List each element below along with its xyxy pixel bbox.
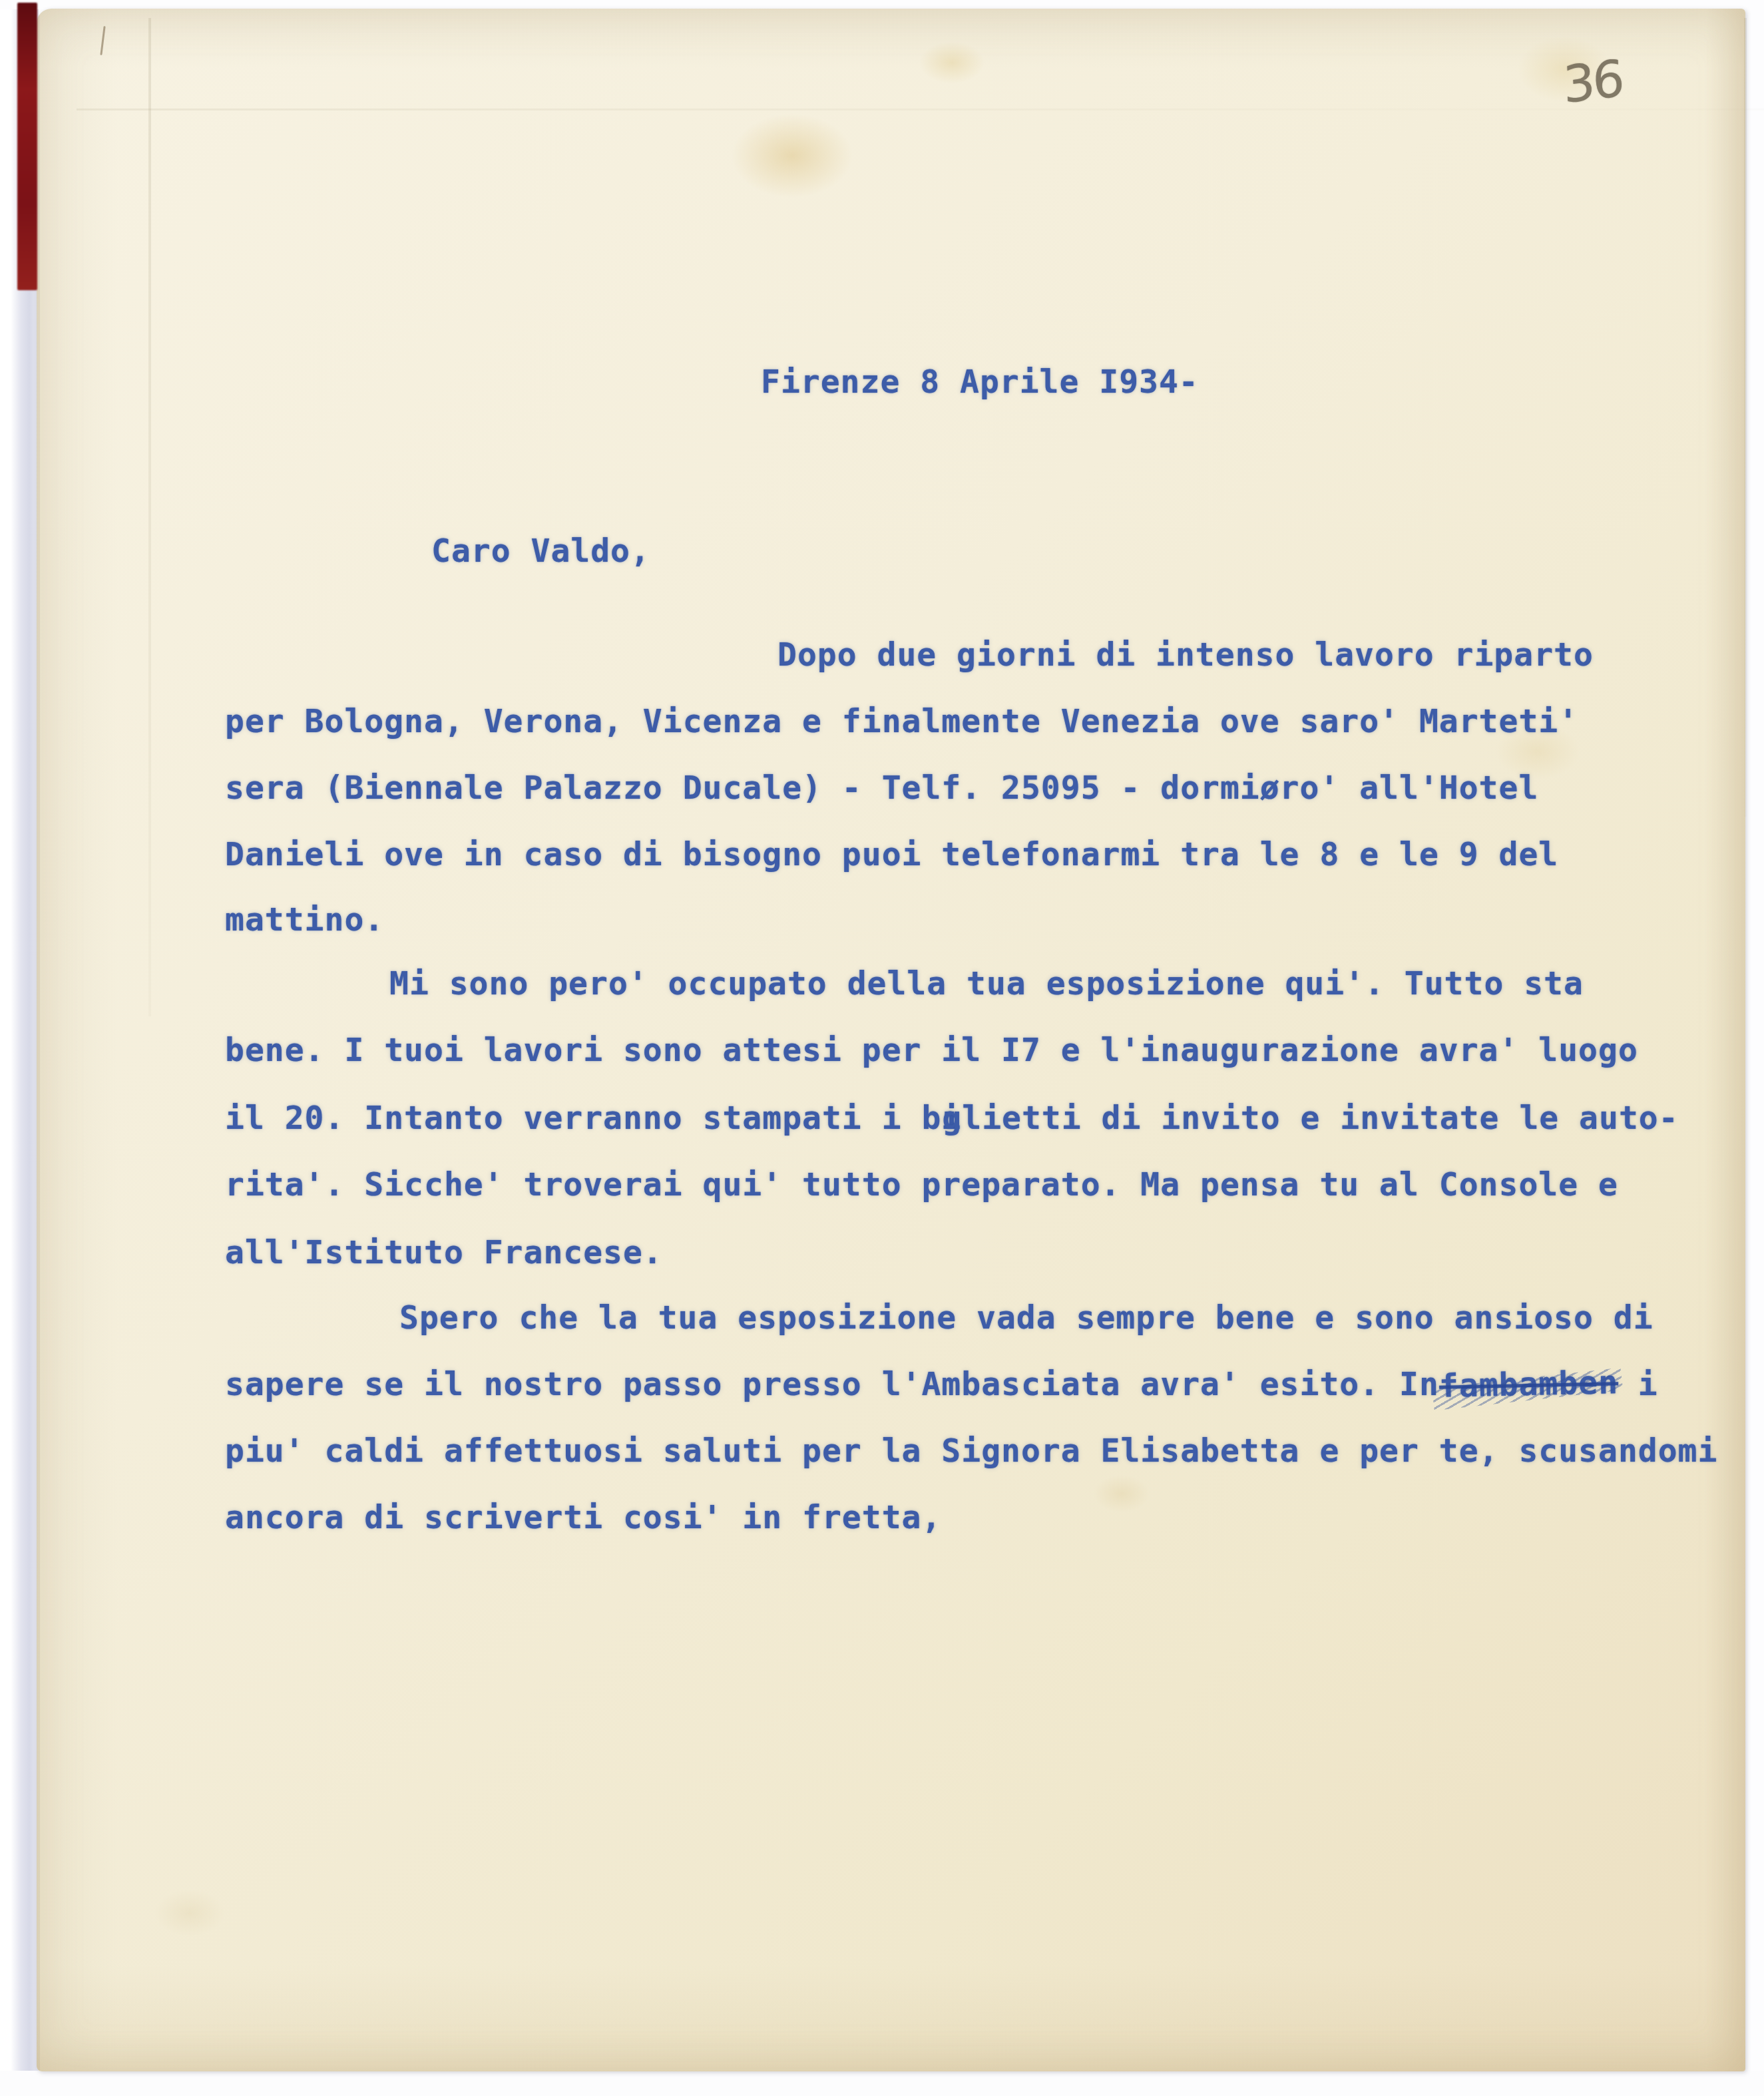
letter-text: per Bologna, Verona, Vicenza e finalment… xyxy=(225,703,1578,740)
letter-text: glietti di invito e invitate le auto- xyxy=(942,1100,1678,1137)
letter-text: bene. I tuoi lavori sono attesi per il I… xyxy=(225,1032,1638,1069)
letter-line: Caro Valdo, xyxy=(431,534,650,569)
letter-line: sapere se il nostro passo presso l'Ambas… xyxy=(225,1367,1658,1402)
scanned-letter-page: 36 Firenze 8 Aprile I934-Caro Valdo,Dopo… xyxy=(0,0,1764,2096)
letter-text: sapere se il nostro passo presso l'Ambas… xyxy=(225,1366,1439,1403)
letter-text: all'Istituto Francese. xyxy=(225,1234,663,1271)
letter-text: i xyxy=(1618,1366,1658,1403)
letter-line: mattino. xyxy=(225,903,384,938)
letter-line: per Bologna, Verona, Vicenza e finalment… xyxy=(225,704,1578,739)
letter-text: piu' caldi affettuosi saluti per la Sign… xyxy=(225,1432,1717,1470)
letter-text: Spero che la tua esposizione vada sempre… xyxy=(399,1299,1654,1337)
letter-line: Firenze 8 Aprile I934- xyxy=(761,365,1199,400)
letter-text: Dopo due giorni di intenso lavoro ripart… xyxy=(777,636,1594,674)
letter-line: sera (Biennale Palazzo Ducale) - Telf. 2… xyxy=(225,771,1538,806)
struck-out-word: fambamben xyxy=(1438,1365,1618,1404)
letter-line: bene. I tuoi lavori sono attesi per il I… xyxy=(225,1033,1638,1068)
letter-line: ancora di scriverti cosi' in fretta, xyxy=(225,1500,941,1536)
letter-text: Firenze 8 Aprile I934- xyxy=(761,363,1199,401)
letter-line: Danieli ove in caso di bisogno puoi tele… xyxy=(225,837,1558,873)
letter-text: Caro Valdo, xyxy=(431,532,650,570)
letter-line: Mi sono pero' occupato della tua esposiz… xyxy=(389,966,1584,1002)
letter-line: il 20. Intanto verranno stampati i bigli… xyxy=(225,1101,1679,1136)
letter-text: ancora di scriverti cosi' in fretta, xyxy=(225,1499,941,1536)
letter-line: piu' caldi affettuosi saluti per la Sign… xyxy=(225,1434,1717,1469)
letter-text: rita'. Sicche' troverai qui' tutto prepa… xyxy=(225,1166,1618,1203)
letter-text: il 20. Intanto verranno stampati i b xyxy=(225,1100,941,1137)
letter-body: Firenze 8 Aprile I934-Caro Valdo,Dopo du… xyxy=(0,0,1764,2096)
letter-text: sera (Biennale Palazzo Ducale) - Telf. 2… xyxy=(225,769,1538,807)
letter-text: Mi sono pero' occupato della tua esposiz… xyxy=(389,965,1584,1002)
letter-text: Danieli ove in caso di bisogno puoi tele… xyxy=(225,836,1558,873)
letter-line: all'Istituto Francese. xyxy=(225,1235,663,1271)
letter-text: mattino. xyxy=(225,901,384,939)
letter-line: rita'. Sicche' troverai qui' tutto prepa… xyxy=(225,1167,1618,1203)
letter-line: Spero che la tua esposizione vada sempre… xyxy=(399,1301,1654,1336)
letter-line: Dopo due giorni di intenso lavoro ripart… xyxy=(777,638,1594,673)
